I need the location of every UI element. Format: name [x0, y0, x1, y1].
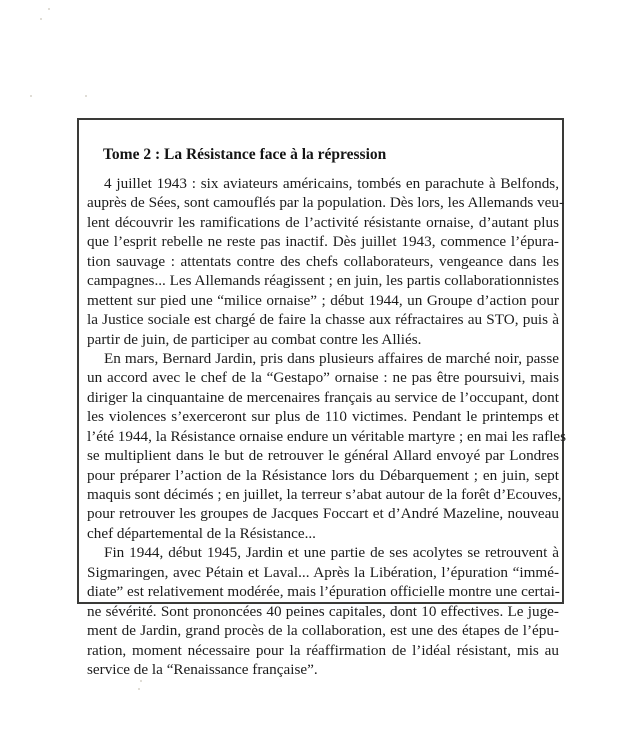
text-line: diate” est relativement modérée, mais l’… [87, 582, 559, 601]
text-line: Fin 1944, début 1945, Jardin et une part… [87, 543, 559, 562]
text-line: pour préparer l’action de la Résistance … [87, 466, 559, 485]
text-line: auprès de Sées, sont camouflés par la po… [87, 193, 559, 212]
text-line: ment de Jardin, grand procès de la colla… [87, 621, 559, 640]
text-line: mettent sur pied une “milice ornaise” ; … [87, 291, 559, 310]
document-title: Tome 2 : La Résistance face à la répress… [103, 146, 386, 164]
text-line: maquis sont décimés ; en juillet, la ter… [87, 485, 559, 504]
text-line: service de la “Renaissance française”. [87, 660, 559, 679]
text-line: que l’esprit rebelle ne reste pas inacti… [87, 232, 559, 251]
text-line: un accord avec le chef de la “Gestapo” o… [87, 368, 559, 387]
text-line: les violences s’exerceront sur plus de 1… [87, 407, 559, 426]
scan-speck [30, 95, 32, 97]
paragraph-3: Fin 1944, début 1945, Jardin et une part… [87, 543, 559, 679]
scan-speck [48, 8, 50, 10]
scan-speck [85, 95, 87, 97]
scan-speck [40, 18, 42, 20]
text-line: chef départemental de la Résistance... [87, 524, 559, 543]
text-line: 4 juillet 1943 : six aviateurs américain… [87, 174, 559, 193]
text-line: diriger la cinquantaine de mercenaires f… [87, 388, 559, 407]
paragraph-2: En mars, Bernard Jardin, pris dans plusi… [87, 349, 559, 543]
text-line: partir de juin, de participer au combat … [87, 330, 559, 349]
scan-speck [140, 680, 142, 682]
scan-speck [138, 688, 140, 690]
text-line: lent découvrir les ramifications de l’ac… [87, 213, 559, 232]
text-line: tion sauvage : attentats contre des chef… [87, 252, 559, 271]
document-body: 4 juillet 1943 : six aviateurs américain… [87, 174, 559, 679]
text-frame: Tome 2 : La Résistance face à la répress… [77, 118, 564, 604]
text-line: la Justice sociale est chargé de faire l… [87, 310, 559, 329]
text-line: Sigmaringen, avec Pétain et Laval... Apr… [87, 563, 559, 582]
text-line: ration, moment nécessaire pour la réaffi… [87, 641, 559, 660]
text-line: se multiplient dans le but de retrouver … [87, 446, 559, 465]
text-line: l’été 1944, la Résistance ornaise endure… [87, 427, 559, 446]
text-line: campagnes... Les Allemands réagissent ; … [87, 271, 559, 290]
text-line: pour retrouver les groupes de Jacques Fo… [87, 504, 559, 523]
text-line: ne sévérité. Sont prononcées 40 peines c… [87, 602, 559, 621]
paragraph-1: 4 juillet 1943 : six aviateurs américain… [87, 174, 559, 349]
text-line: En mars, Bernard Jardin, pris dans plusi… [87, 349, 559, 368]
